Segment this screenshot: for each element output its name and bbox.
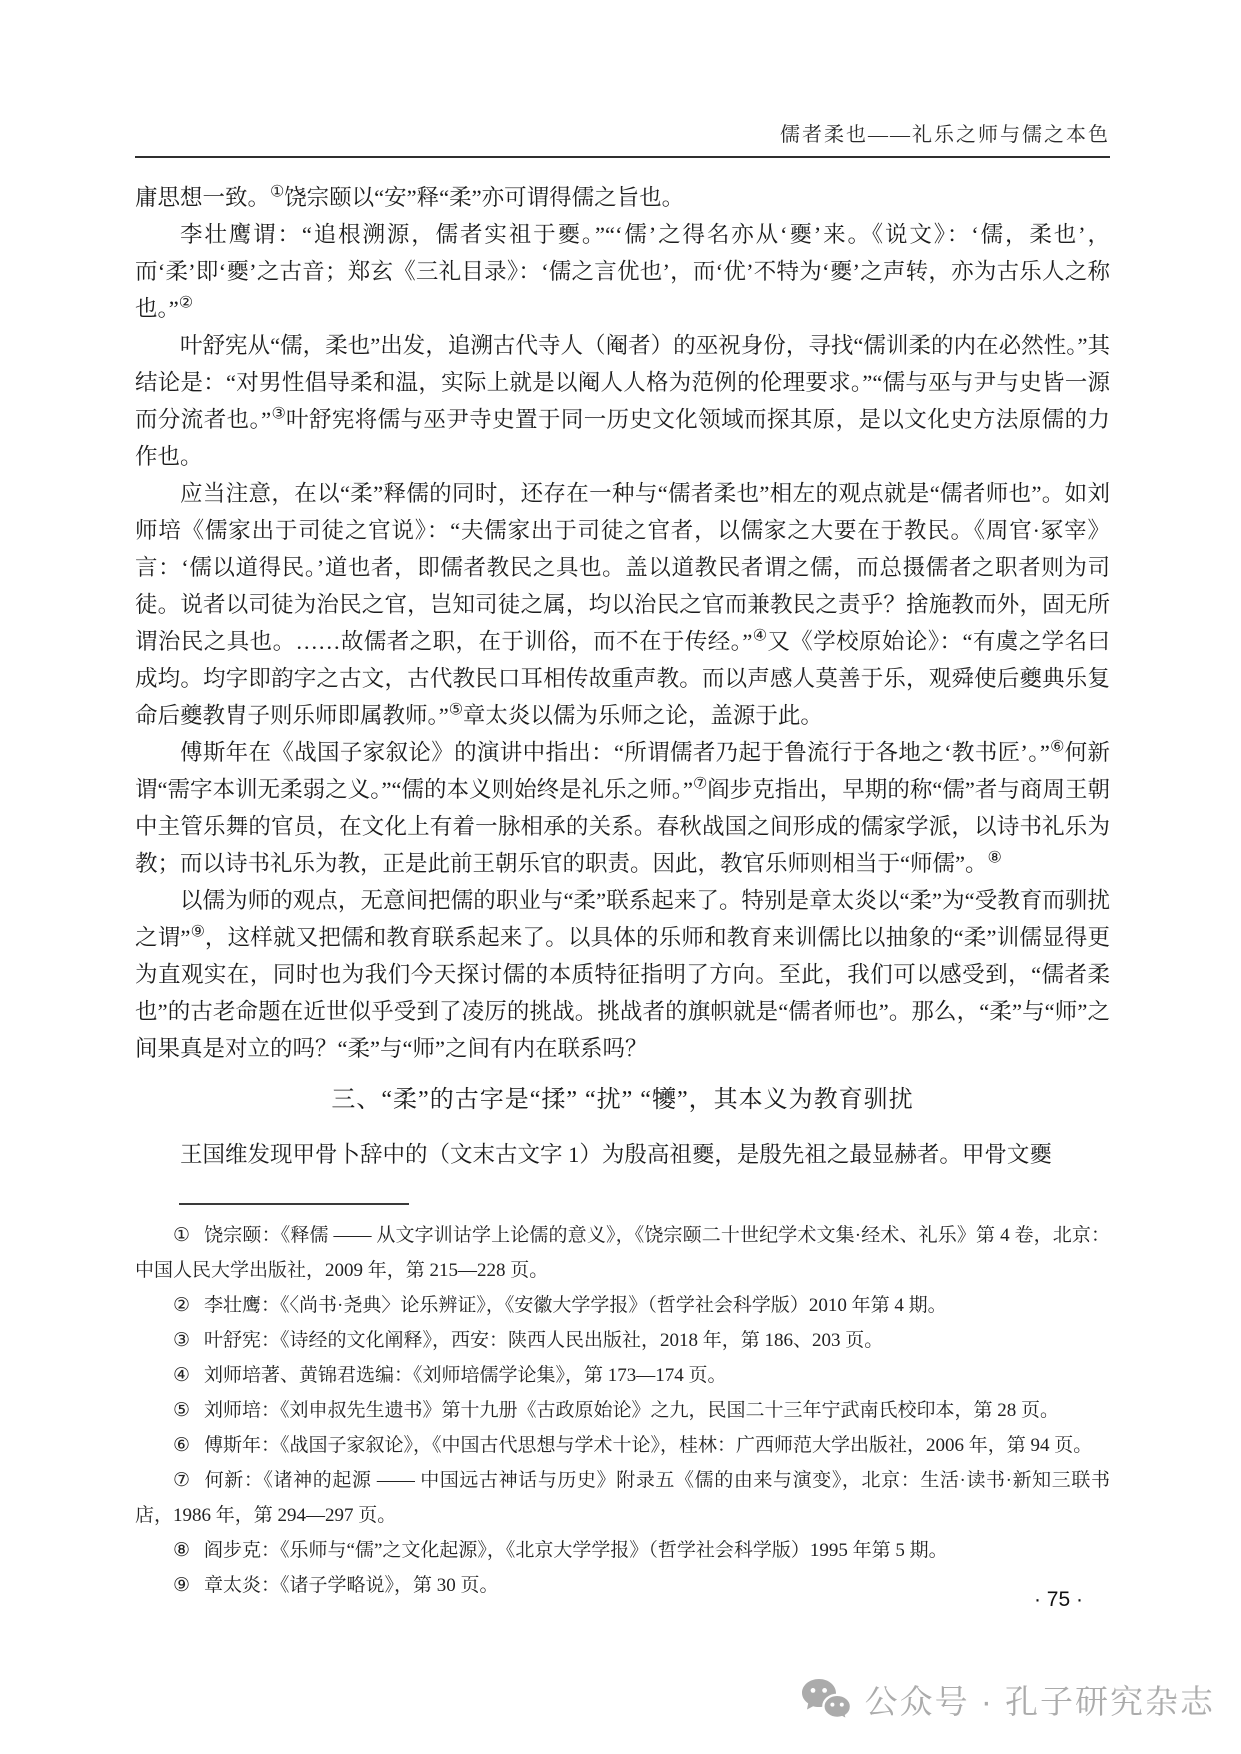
body-paragraph: 庸思想一致。①饶宗颐以“安”释“柔”亦可谓得儒之旨也。 (135, 179, 1110, 216)
body-paragraph: 李壮鹰谓：“追根溯源，儒者实祖于夒。”“‘儒’之得名亦从‘夒’来。《说文》：‘儒… (135, 216, 1110, 327)
body-paragraph: 叶舒宪从“儒，柔也”出发，追溯古代寺人（阉者）的巫祝身份，寻找“儒训柔的内在必然… (135, 327, 1110, 475)
footnote-text: 傅斯年：《战国子家叙论》，《中国古代思想与学术十论》，桂林：广西师范大学出版社，… (204, 1435, 1092, 1456)
footnote-text: 章太炎：《诸子学略说》，第 30 页。 (204, 1575, 499, 1596)
page-header: 儒者柔也——礼乐之师与儒之本色 (135, 118, 1110, 158)
footnote-text: 李壮鹰：《〈尚书·尧典〉论乐辨证》，《安徽大学学报》（哲学社会科学版）2010 … (204, 1295, 947, 1316)
footnote-item: ⑨章太炎：《诸子学略说》，第 30 页。 (135, 1568, 1110, 1603)
footnote-number: ④ (173, 1365, 190, 1386)
footnote-item: ⑦何新：《诸神的起源 —— 中国远古神话与历史》附录五《儒的由来与演变》，北京：… (135, 1463, 1110, 1533)
footnote-item: ⑥傅斯年：《战国子家叙论》，《中国古代思想与学术十论》，桂林：广西师范大学出版社… (135, 1428, 1110, 1463)
page-number: · 75 · (1034, 1588, 1083, 1612)
footnote-text: 刘师培：《刘申叔先生遗书》第十九册《古政原始论》之九，民国二十三年宁武南氏校印本… (204, 1400, 1059, 1421)
watermark-footer: 公众号 · 孔子研究杂志 (800, 1676, 1215, 1723)
running-head-title: 儒者柔也——礼乐之师与儒之本色 (135, 118, 1110, 147)
footnote-item: ②李壮鹰：《〈尚书·尧典〉论乐辨证》，《安徽大学学报》（哲学社会科学版）2010… (135, 1288, 1110, 1323)
document-page: 儒者柔也——礼乐之师与儒之本色 庸思想一致。①饶宗颐以“安”释“柔”亦可谓得儒之… (0, 0, 1241, 1754)
body-paragraph: 傅斯年在《战国子家叙论》的演讲中指出：“所谓儒者乃起于鲁流行于各地之‘教书匠’。… (135, 734, 1110, 882)
footnote-number: ① (173, 1225, 190, 1246)
wechat-icon (800, 1678, 852, 1722)
footnote-text: 饶宗颐：《释儒 —— 从文字训诂学上论儒的意义》，《饶宗颐二十世纪学术文集·经术… (135, 1225, 1110, 1281)
footnote-number: ③ (173, 1330, 190, 1351)
footnote-item: ⑤刘师培：《刘申叔先生遗书》第十九册《古政原始论》之九，民国二十三年宁武南氏校印… (135, 1393, 1110, 1428)
footnote-item: ③叶舒宪：《诗经的文化阐释》，西安：陕西人民出版社，2018 年，第 186、2… (135, 1323, 1110, 1358)
footnote-item: ④刘师培著、黄锦君选编：《刘师培儒学论集》，第 173—174 页。 (135, 1358, 1110, 1393)
footnote-number: ⑨ (173, 1575, 190, 1596)
footnote-number: ⑥ (173, 1435, 190, 1456)
footnotes-block: ①饶宗颐：《释儒 —— 从文字训诂学上论儒的意义》，《饶宗颐二十世纪学术文集·经… (135, 1203, 1110, 1603)
body-paragraph: 应当注意，在以“柔”释儒的同时，还存在一种与“儒者柔也”相左的观点就是“儒者师也… (135, 475, 1110, 734)
body-paragraph: 以儒为师的观点，无意间把儒的职业与“柔”联系起来了。特别是章太炎以“柔”为“受教… (135, 882, 1110, 1067)
section-heading: 三、“柔”的古字是“揉” “扰” “犪”，其本义为教育驯扰 (135, 1082, 1110, 1119)
footnote-separator (179, 1203, 409, 1205)
footnote-item: ⑧阎步克：《乐师与“儒”之文化起源》，《北京大学学报》（哲学社会科学版）1995… (135, 1533, 1110, 1568)
header-rule (135, 156, 1110, 158)
footnote-number: ⑤ (173, 1400, 190, 1421)
footnote-text: 叶舒宪：《诗经的文化阐释》，西安：陕西人民出版社，2018 年，第 186、20… (204, 1330, 883, 1351)
footnote-item: ①饶宗颐：《释儒 —— 从文字训诂学上论儒的意义》，《饶宗颐二十世纪学术文集·经… (135, 1218, 1110, 1288)
watermark-text: 公众号 · 孔子研究杂志 (865, 1676, 1215, 1723)
footnote-number: ⑦ (173, 1470, 191, 1491)
footnote-number: ② (173, 1295, 190, 1316)
footnote-text: 阎步克：《乐师与“儒”之文化起源》，《北京大学学报》（哲学社会科学版）1995 … (204, 1540, 948, 1561)
footnote-text: 刘师培著、黄锦君选编：《刘师培儒学论集》，第 173—174 页。 (204, 1365, 727, 1386)
article-body: 庸思想一致。①饶宗颐以“安”释“柔”亦可谓得儒之旨也。 李壮鹰谓：“追根溯源，儒… (135, 179, 1110, 1173)
body-paragraph: 王国维发现甲骨卜辞中的（文末古文字 1）为殷高祖夒，是殷先祖之最显赫者。甲骨文夒 (135, 1136, 1110, 1173)
footnote-text: 何新：《诸神的起源 —— 中国远古神话与历史》附录五《儒的由来与演变》，北京：生… (135, 1470, 1110, 1526)
footnote-number: ⑧ (173, 1540, 190, 1561)
